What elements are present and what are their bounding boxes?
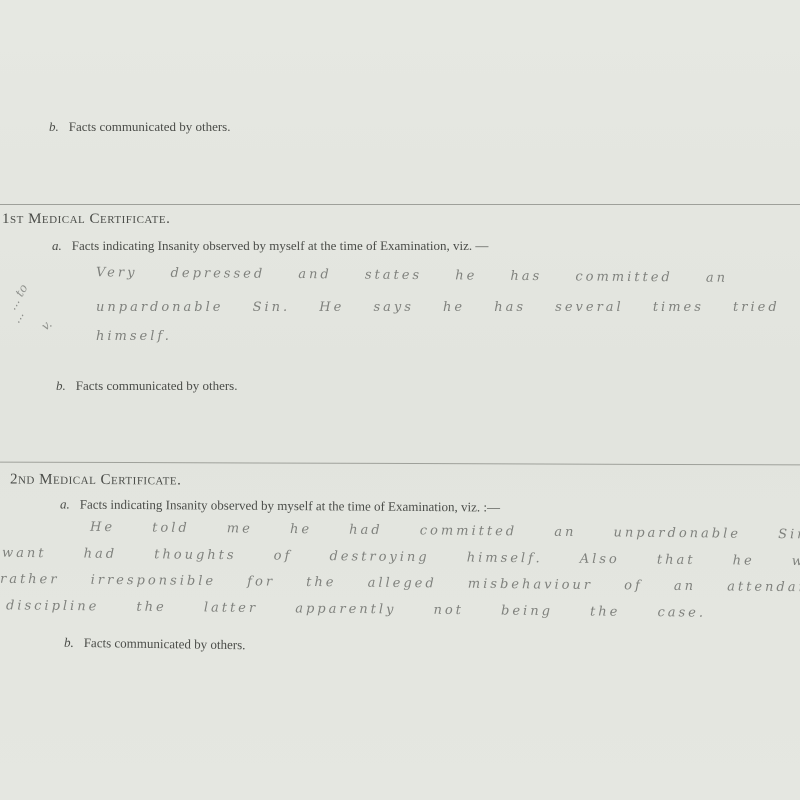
section-divider xyxy=(0,462,800,466)
second-cert-item-b: b.Facts communicated by others. xyxy=(64,635,246,654)
second-cert-item-a: a.Facts indicating Insanity observed by … xyxy=(60,496,500,515)
second-certificate-heading: 2nd Medical Certificate. xyxy=(10,472,181,490)
top-item-b: b.Facts communicated by others. xyxy=(49,119,231,135)
first-cert-item-a: a.Facts indicating Insanity observed by … xyxy=(52,238,488,254)
item-label: a. xyxy=(52,238,62,253)
margin-note: ... xyxy=(9,309,27,326)
section-divider xyxy=(0,204,800,205)
item-text: Facts communicated by others. xyxy=(69,119,231,134)
handwritten-line: unpardonable Sin. He says he has several… xyxy=(96,300,800,315)
handwritten-line: discipline the latter apparently not bei… xyxy=(6,598,706,620)
handwritten-line: himself. xyxy=(96,329,172,344)
item-label: b. xyxy=(56,378,66,393)
first-certificate-heading: 1st Medical Certificate. xyxy=(2,211,170,228)
item-text: Facts indicating Insanity observed by my… xyxy=(80,497,500,515)
item-text: Facts communicated by others. xyxy=(76,378,238,393)
margin-note: ... to xyxy=(5,282,31,313)
handwritten-line: want had thoughts of destroying himself.… xyxy=(2,546,800,570)
scanned-document-page: b.Facts communicated by others. 1st Medi… xyxy=(0,0,800,800)
item-label: a. xyxy=(60,496,70,511)
item-label: b. xyxy=(49,119,59,134)
margin-note: v. xyxy=(39,317,55,334)
handwritten-line: Very depressed and states he has committ… xyxy=(96,265,728,286)
item-label: b. xyxy=(64,635,74,650)
handwritten-line: He told me he had committed an unpardona… xyxy=(90,520,800,543)
handwritten-line: rather irresponsible for the alleged mis… xyxy=(0,572,800,595)
first-cert-item-b: b.Facts communicated by others. xyxy=(56,378,238,394)
item-text: Facts indicating Insanity observed by my… xyxy=(72,238,489,253)
item-text: Facts communicated by others. xyxy=(84,635,246,652)
